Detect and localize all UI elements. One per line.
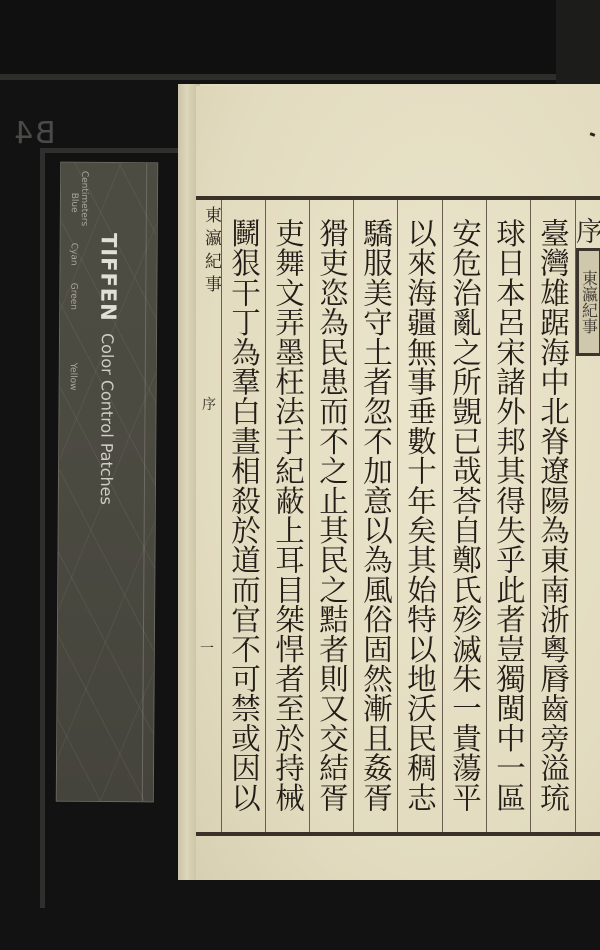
card-label-cyan: Cyan [69, 243, 79, 266]
text-frame: 東瀛紀事 序 一 鬭狠干丁為羣白晝相殺於道而官不可禁或因以 吏舞文弄墨枉法于紀蔽… [196, 196, 600, 836]
shelf-mark: B4 [12, 116, 56, 151]
preface-label: 序 [576, 210, 600, 249]
column-text: 驕服美守土者忽不加意以為風俗固然漸且姦胥 [354, 218, 398, 812]
card-label-blue: Blue [69, 193, 79, 213]
preface-heading-column: 序 東瀛紀事 [575, 200, 600, 832]
ink-speck [590, 132, 596, 137]
column-text: 球日本呂宋諸外邦其得失乎此者豈獨閩中一區 [487, 218, 531, 812]
background-band [0, 74, 600, 80]
tiffen-color-card: Centimeters Blue Cyan Green Yellow TIFFE… [56, 162, 158, 803]
column-text: 臺灣雄踞海中北脊遼陽為東南浙粵脣齒旁溢琉 [531, 218, 575, 812]
text-column-4: 以來海疆無事垂數十年矣其始特以地沃民稠志 [397, 200, 442, 832]
margin-section-label: 序 [202, 394, 216, 414]
text-column-7: 吏舞文弄墨枉法于紀蔽上耳目桀悍者至於持械 [265, 200, 310, 832]
margin-page-number: 一 [200, 638, 214, 658]
card-ruler [142, 163, 147, 801]
text-column-6: 猾吏恣為民患而不之止其民之黠者則又交結胥 [309, 200, 354, 832]
background-right-block [556, 0, 600, 95]
column-text: 鬭狠干丁為羣白晝相殺於道而官不可禁或因以 [222, 218, 266, 812]
text-column-2: 球日本呂宋諸外邦其得失乎此者豈獨閩中一區 [486, 200, 531, 832]
text-column-5: 驕服美守土者忽不加意以為風俗固然漸且姦胥 [353, 200, 398, 832]
collector-seal: 東瀛紀事 [576, 248, 600, 356]
text-column-1: 臺灣雄踞海中北脊遼陽為東南浙粵脣齒旁溢琉 [530, 200, 575, 832]
text-column-3: 安危治亂之所覬已哉荅自鄭氏殄滅朱一貴蕩平 [442, 200, 487, 832]
card-title: Color Control Patches [97, 333, 117, 505]
column-text: 安危治亂之所覬已哉荅自鄭氏殄滅朱一貴蕩平 [443, 218, 487, 812]
column-text: 以來海疆無事垂數十年矣其始特以地沃民稠志 [398, 218, 442, 812]
card-brand-logo: TIFFEN [96, 233, 121, 322]
page-margin-strip: 東瀛紀事 序 一 [196, 200, 222, 832]
book-page: 東瀛紀事 序 一 鬭狠干丁為羣白晝相殺於道而官不可禁或因以 吏舞文弄墨枉法于紀蔽… [196, 86, 600, 880]
background-top [0, 0, 600, 78]
column-text: 猾吏恣為民患而不之止其民之黠者則又交結胥 [310, 218, 354, 812]
book: 東瀛紀事 序 一 鬭狠干丁為羣白晝相殺於道而官不可禁或因以 吏舞文弄墨枉法于紀蔽… [178, 84, 600, 880]
text-column-8: 鬭狠干丁為羣白晝相殺於道而官不可禁或因以 [221, 200, 266, 832]
column-text: 吏舞文弄墨枉法于紀蔽上耳目桀悍者至於持械 [266, 218, 310, 812]
card-label-yellow: Yellow [68, 363, 78, 391]
card-label-centimeters: Centimeters [79, 171, 89, 226]
card-label-green: Green [68, 283, 78, 310]
